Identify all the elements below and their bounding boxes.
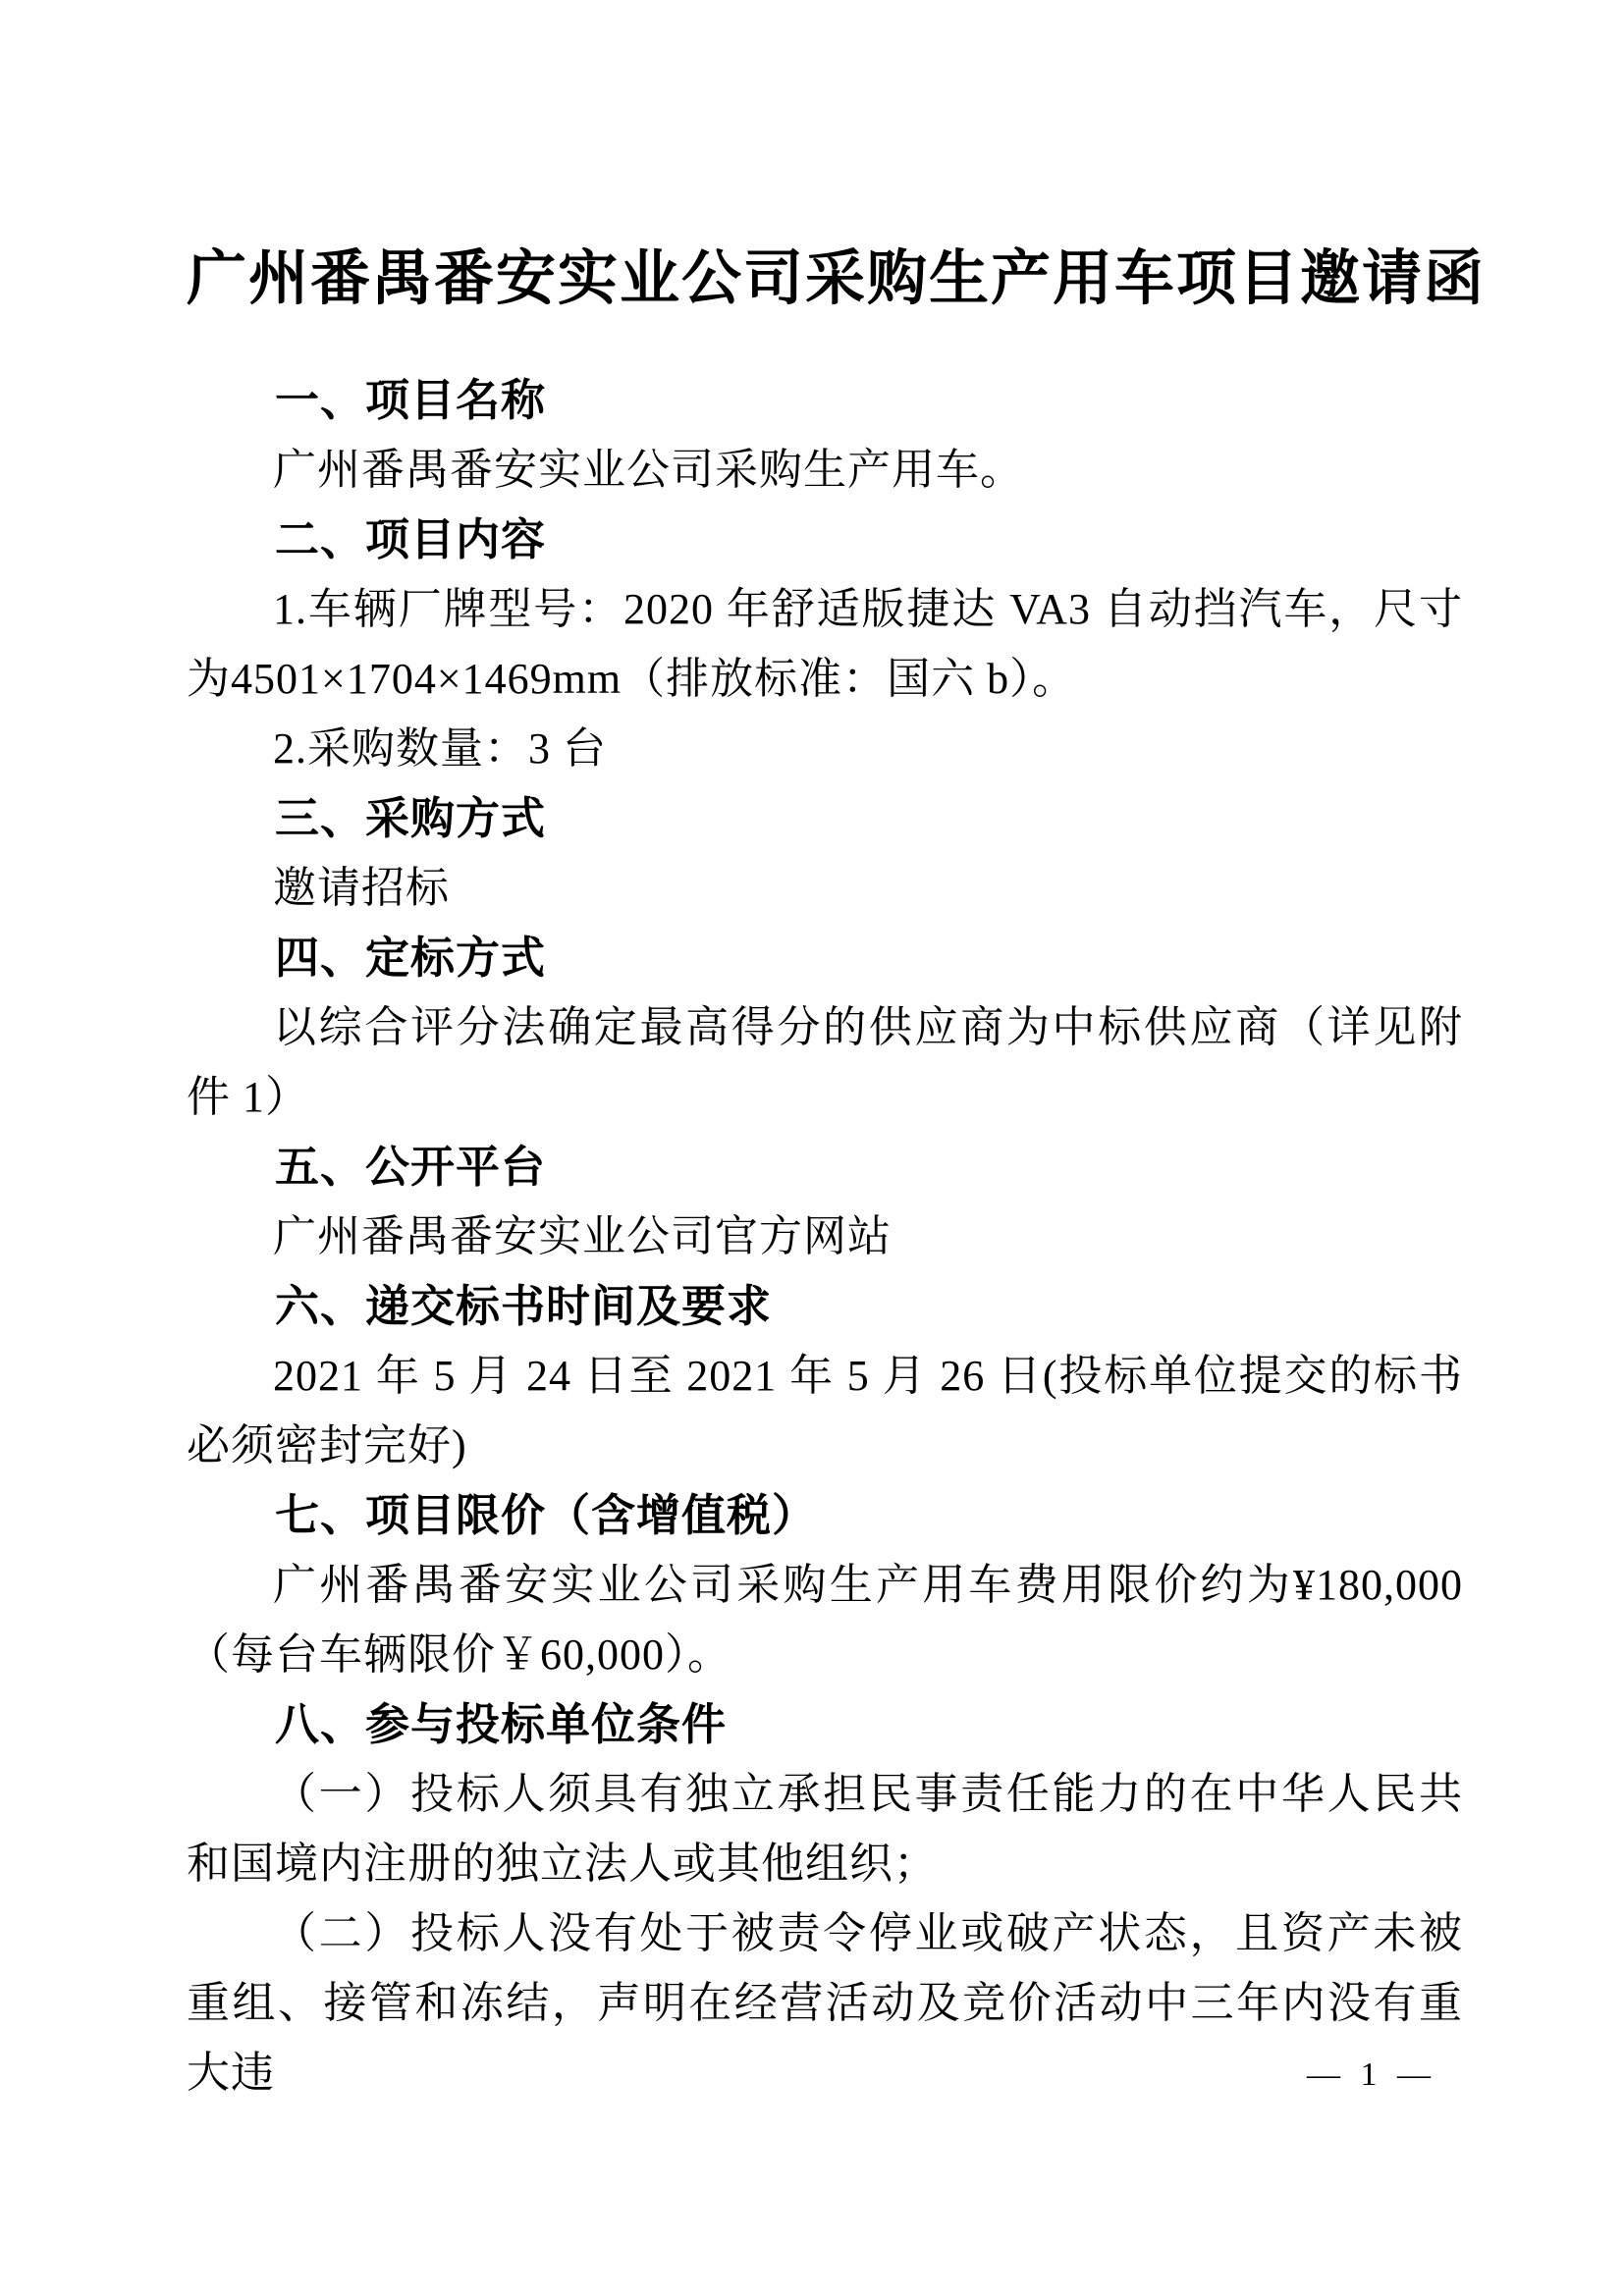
paragraph: 广州番禺番安实业公司官方网站 (187, 1201, 1463, 1271)
paragraph: 以综合评分法确定最高得分的供应商为中标供应商（详见附件 1） (187, 992, 1463, 1132)
paragraph: 邀请招标 (187, 853, 1463, 923)
document-body: 一、项目名称 广州番禺番安实业公司采购生产用车。 二、项目内容 1.车辆厂牌型号… (187, 365, 1463, 2108)
paragraph: 1.车辆厂牌型号：2020 年舒适版捷达 VA3 自动挡汽车，尺寸为4501×1… (187, 574, 1463, 714)
document-title: 广州番禺番安实业公司采购生产用车项目邀请函 (187, 238, 1463, 322)
section-heading-7: 七、项目限价（含增值税） (187, 1480, 1463, 1550)
paragraph: 2.采购数量：3 台 (187, 714, 1463, 783)
document-page: 广州番禺番安实业公司采购生产用车项目邀请函 一、项目名称 广州番禺番安实业公司采… (0, 0, 1624, 2296)
section-heading-2: 二、项目内容 (187, 505, 1463, 574)
section-heading-6: 六、递交标书时间及要求 (187, 1271, 1463, 1341)
section-heading-3: 三、采购方式 (187, 783, 1463, 853)
section-heading-1: 一、项目名称 (187, 365, 1463, 435)
paragraph: （一）投标人须具有独立承担民事责任能力的在中华人民共和国境内注册的独立法人或其他… (187, 1759, 1463, 1898)
paragraph: （二）投标人没有处于被责令停业或破产状态，且资产未被重组、接管和冻结，声明在经营… (187, 1898, 1463, 2108)
paragraph: 广州番禺番安实业公司采购生产用车。 (187, 435, 1463, 505)
section-heading-8: 八、参与投标单位条件 (187, 1689, 1463, 1759)
section-heading-5: 五、公开平台 (187, 1132, 1463, 1201)
paragraph: 2021 年 5 月 24 日至 2021 年 5 月 26 日(投标单位提交的… (187, 1341, 1463, 1480)
paragraph: 广州番禺番安实业公司采购生产用车费用限价约为¥180,000（每台车辆限价￥60… (187, 1550, 1463, 1689)
section-heading-4: 四、定标方式 (187, 923, 1463, 992)
page-number: — 1 — (1307, 2056, 1436, 2095)
